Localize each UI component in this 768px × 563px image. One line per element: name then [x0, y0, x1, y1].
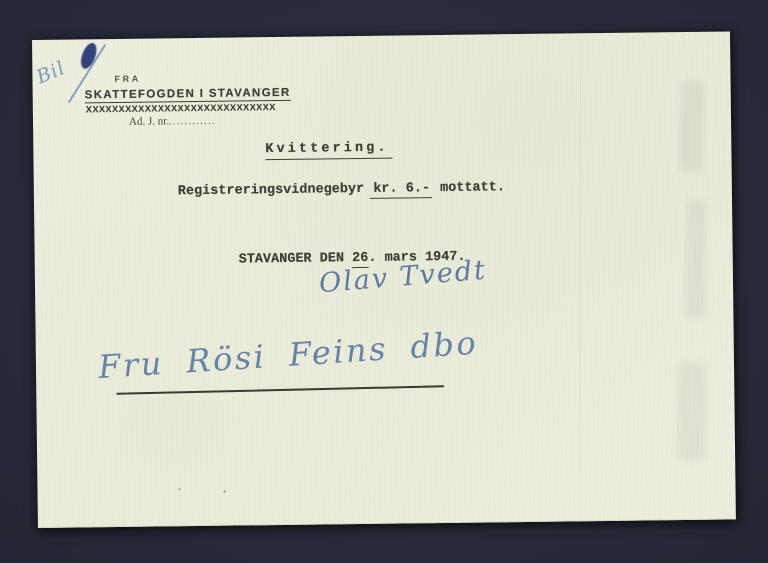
receipt-title: Kvittering.: [265, 141, 392, 161]
letterhead-strikeout-xs: XXXXXXXXXXXXXXXXXXXXXXXXXXXXX: [86, 102, 276, 114]
dust-speck: [224, 491, 226, 493]
fee-amount: kr. 6.-: [370, 181, 432, 199]
bleedthrough-ghost: [675, 362, 707, 463]
fee-line: Registreringsvidnegebyr kr. 6.- mottatt.: [178, 180, 505, 199]
journal-number-label: Ad. J. nr.: [129, 115, 169, 127]
paper-crease-line: [579, 41, 581, 473]
receipt-document: Bil FRA SKATTEFOGDEN I STAVANGER XXXXXXX…: [32, 31, 736, 527]
scanner-mat-background: Bil FRA SKATTEFOGDEN I STAVANGER XXXXXXX…: [0, 0, 768, 563]
fee-line-prefix: Registreringsvidnegebyr: [178, 182, 365, 199]
letterhead-office-name: SKATTEFOGDEN I STAVANGER: [85, 87, 291, 104]
bleedthrough-ghost: [678, 80, 706, 173]
bleedthrough-ghost: [684, 200, 707, 318]
payer-line-underline: [116, 385, 444, 394]
date-place-prefix: STAVANGER DEN: [239, 251, 345, 267]
journal-number-line: Ad. J. nr.............: [129, 115, 216, 128]
pencil-annotation-note: Bil: [33, 57, 68, 89]
fee-line-suffix: mottatt.: [440, 180, 505, 196]
letterhead-from-label: FRA: [114, 74, 140, 84]
dust-speck: [178, 488, 180, 490]
journal-number-dotted-line: ............: [169, 116, 216, 128]
payer-handwritten-line: Fru Rösi Feins dbo: [97, 324, 479, 386]
